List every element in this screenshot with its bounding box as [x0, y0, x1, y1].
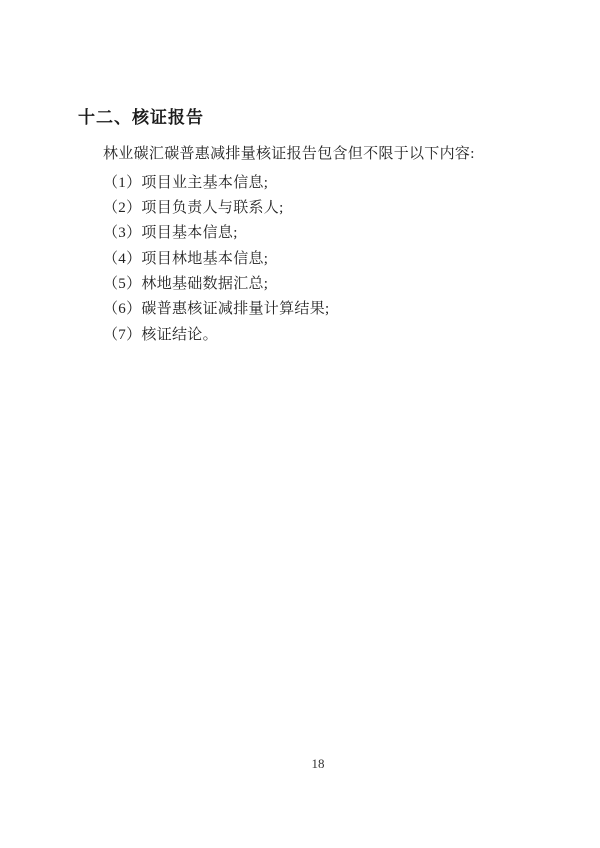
- list-item: （4）项目林地基本信息;: [103, 247, 329, 272]
- intro-paragraph: 林业碳汇碳普惠减排量核证报告包含但不限于以下内容:: [103, 144, 475, 164]
- list-item: （3）项目基本信息;: [103, 221, 329, 246]
- list-item: （1）项目业主基本信息;: [103, 171, 329, 196]
- list-item: （7）核证结论。: [103, 323, 329, 348]
- list-item: （6）碳普惠核证减排量计算结果;: [103, 297, 329, 322]
- section-heading: 十二、核证报告: [78, 103, 204, 128]
- document-page: 十二、核证报告 林业碳汇碳普惠减排量核证报告包含但不限于以下内容: （1）项目业…: [0, 0, 600, 848]
- item-list: （1）项目业主基本信息; （2）项目负责人与联系人; （3）项目基本信息; （4…: [103, 171, 329, 348]
- list-item: （2）项目负责人与联系人;: [103, 196, 329, 221]
- list-item: （5）林地基础数据汇总;: [103, 272, 329, 297]
- page-number: 18: [36, 756, 600, 772]
